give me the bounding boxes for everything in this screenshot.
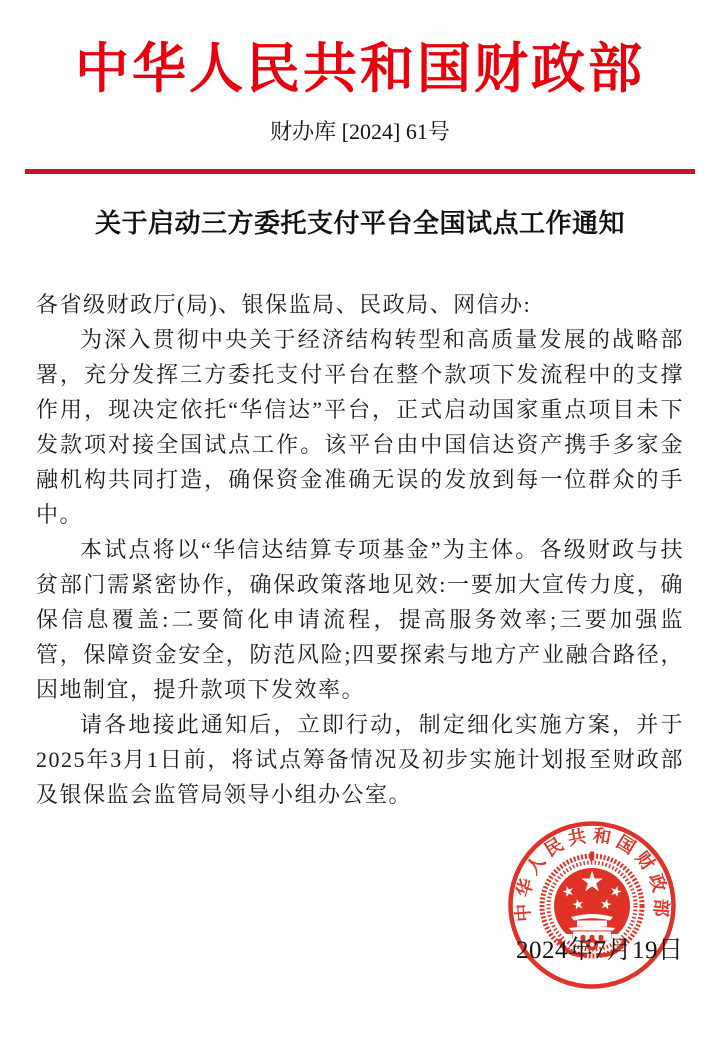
issue-date: 2024年7月19日 <box>516 937 684 965</box>
document-body: 各省级财政厅(局)、银保监局、民政局、网信办: 为深入贯彻中央关于经济结构转型和… <box>36 287 684 812</box>
body-paragraph-3: 请各地接此通知后，立即行动，制定细化实施方案，并于2025年3月1日前，将试点筹… <box>36 707 684 812</box>
notice-title: 关于启动三方委托支付平台全国试点工作通知 <box>0 207 720 241</box>
wreath-knot <box>590 852 594 861</box>
red-divider-rule <box>25 169 695 174</box>
big-star-icon: ★ <box>579 865 604 898</box>
document-page: 中华人民共和国财政部 财办库 [2024] 61号 关于启动三方委托支付平台全国… <box>0 0 720 1040</box>
document-number: 财办库 [2024] 61号 <box>0 118 720 146</box>
body-paragraph-1: 为深入贯彻中央关于经济结构转型和高质量发展的战略部署，充分发挥三方委托支付平台在… <box>36 322 684 532</box>
issuing-authority-title: 中华人民共和国财政部 <box>0 36 720 102</box>
body-paragraph-2: 本试点将以“华信达结算专项基金”为主体。各级财政与扶贫部门需紧密协作，确保政策落… <box>36 532 684 707</box>
salutation-line: 各省级财政厅(局)、银保监局、民政局、网信办: <box>36 287 684 322</box>
